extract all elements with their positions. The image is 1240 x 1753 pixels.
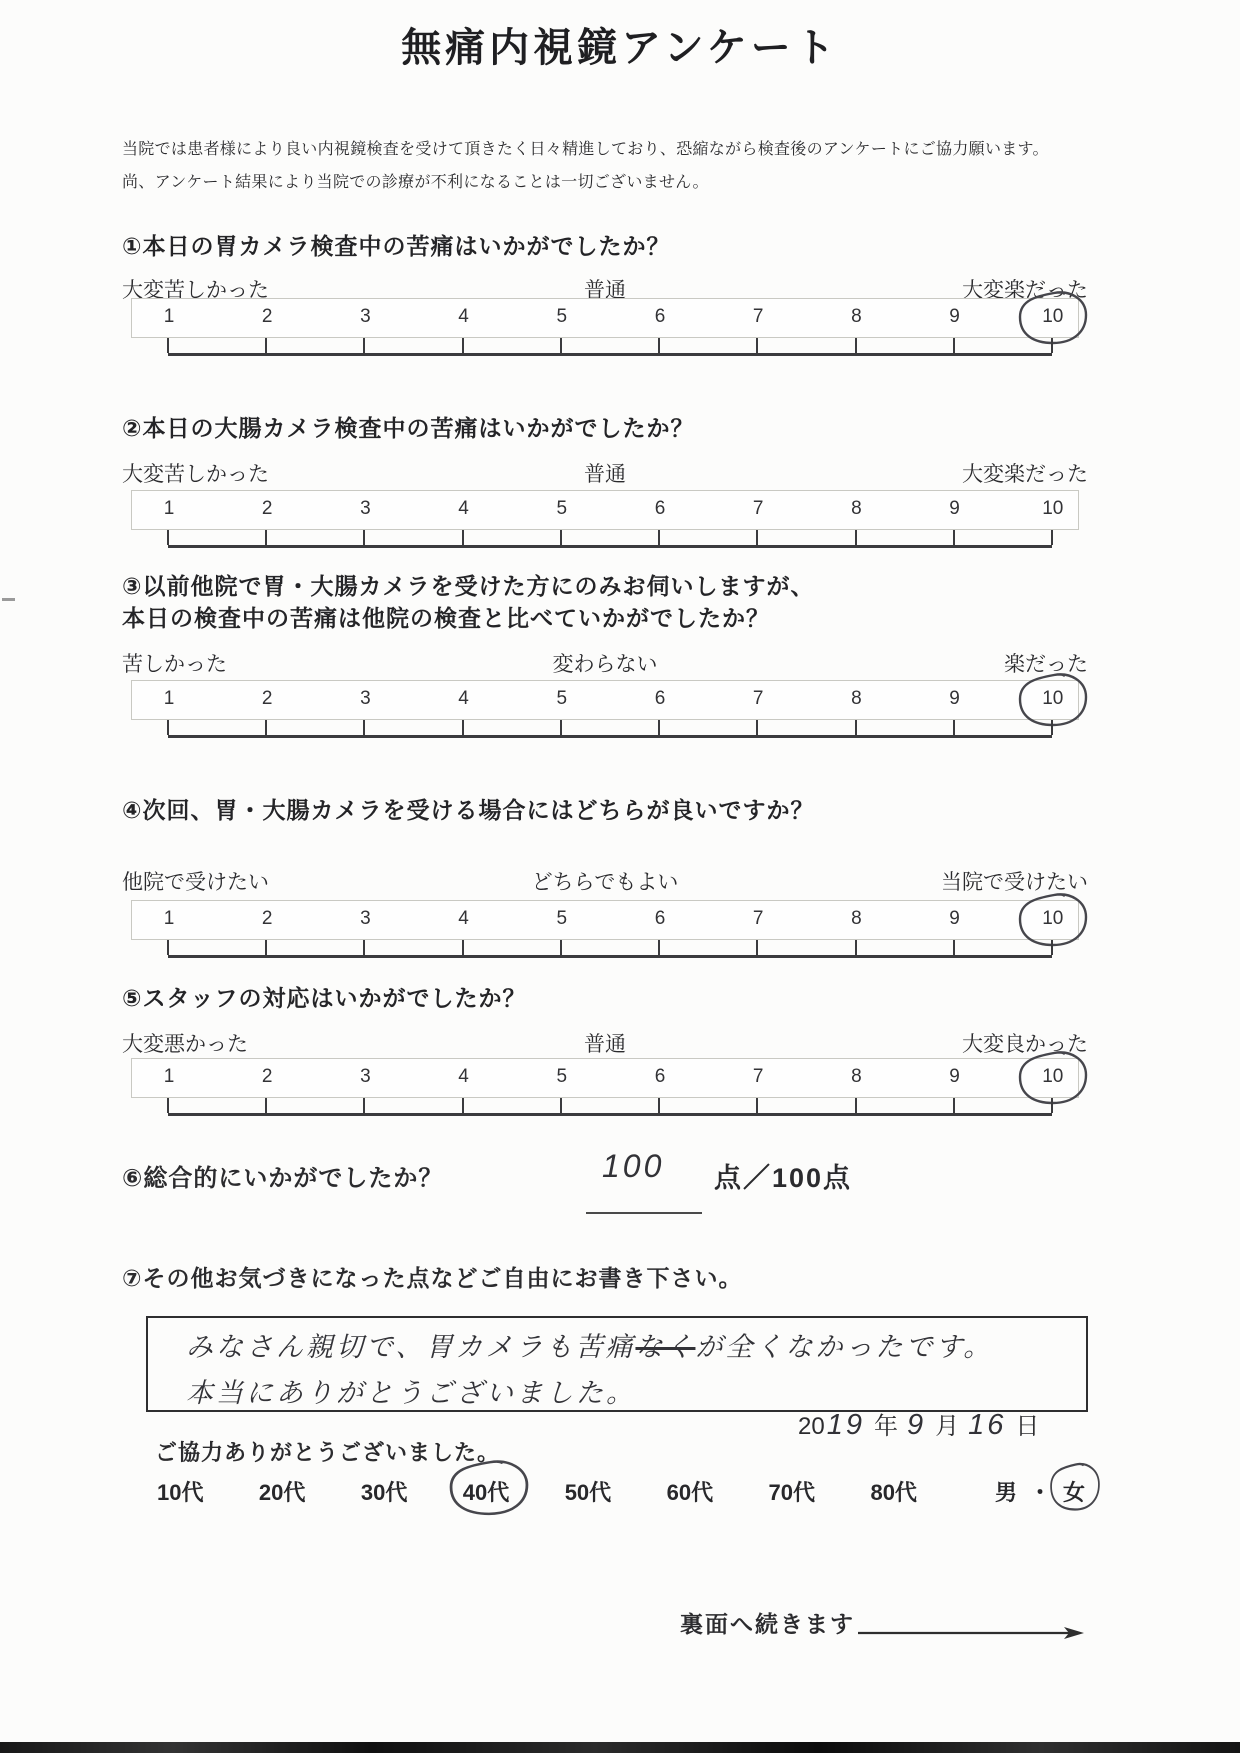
ruler-tick xyxy=(953,940,955,955)
gender-options: 男 ・ 女 xyxy=(993,1474,1087,1509)
scale-number-5: 5 xyxy=(557,498,568,520)
age-option-10代: 10代 xyxy=(155,1474,205,1509)
question-5: ⑤スタッフの対応はいかがでしたか？ 大変悪かった 普通 大変良かった 12345… xyxy=(0,980,1240,1160)
ruler-tick xyxy=(855,338,857,353)
ruler-tick xyxy=(167,338,169,353)
scale-number-6: 6 xyxy=(655,1066,666,1088)
ruler-tick xyxy=(855,1098,857,1113)
question-2-scale: 12345678910 xyxy=(131,490,1079,530)
scale-number-3: 3 xyxy=(360,1066,371,1088)
scale-label-right: 大変楽だった xyxy=(766,458,1088,488)
scale-number-3: 3 xyxy=(360,688,371,710)
ruler-tick xyxy=(363,940,365,955)
date-year-label: 年 xyxy=(874,1406,898,1441)
scale-number-5: 5 xyxy=(557,688,568,710)
scale-number-6: 6 xyxy=(655,688,666,710)
ruler-tick xyxy=(855,530,857,545)
scale-number-8: 8 xyxy=(851,1066,862,1088)
date-day-label: 日 xyxy=(1015,1406,1039,1441)
scale-number-5: 5 xyxy=(557,908,568,930)
scale-number-6: 6 xyxy=(655,908,666,930)
scale-label-left: 大変苦しかった xyxy=(122,458,444,488)
scale-number-3: 3 xyxy=(360,908,371,930)
intro-line-2: 尚、アンケート結果により当院での診療が不利になることは一切ございません。 xyxy=(122,169,1097,192)
ruler-tick xyxy=(1051,940,1053,955)
question-6: ⑥総合的にいかがでしたか？ 100 点／100点 xyxy=(0,1158,1240,1228)
age-option-label: 80代 xyxy=(870,1480,916,1505)
ruler-tick xyxy=(560,338,562,353)
ruler-tick xyxy=(658,940,660,955)
selected-gender-circle xyxy=(1046,1460,1104,1520)
scale-number-1: 1 xyxy=(164,688,175,710)
ruler-tick xyxy=(167,530,169,545)
scale-number-7: 7 xyxy=(753,498,764,520)
handdrawn-circle xyxy=(1046,1460,1104,1514)
ruler-tick xyxy=(658,338,660,353)
ruler-tick xyxy=(363,1098,365,1113)
ruler-tick xyxy=(953,338,955,353)
question-2-labels: 大変苦しかった 普通 大変楽だった xyxy=(122,458,1088,488)
ruler-tick xyxy=(855,720,857,735)
ruler-tick xyxy=(560,1098,562,1113)
scale-number-8: 8 xyxy=(851,908,862,930)
ruler-tick xyxy=(265,338,267,353)
comment-box: みなさん親切で、胃カメラも苦痛なくが全くなかったです。 本当にありがとうございま… xyxy=(146,1316,1088,1412)
question-2-ruler xyxy=(168,528,1052,548)
survey-date: 2019 年 9 月 16 日 xyxy=(798,1406,1039,1442)
question-1-scale: 12345678910 xyxy=(131,298,1079,338)
ruler-tick xyxy=(462,338,464,353)
question-3-ruler xyxy=(168,718,1052,738)
question-5-scale: 12345678910 xyxy=(131,1058,1079,1098)
ruler-tick xyxy=(560,720,562,735)
ruler-tick xyxy=(658,720,660,735)
scale-number-7: 7 xyxy=(753,688,764,710)
age-option-label: 60代 xyxy=(667,1480,713,1505)
scale-number-4: 4 xyxy=(458,908,469,930)
age-option-label: 70代 xyxy=(769,1480,815,1505)
date-month-handwritten: 9 xyxy=(907,1409,926,1442)
ruler-tick xyxy=(953,530,955,545)
gender-male: 男 xyxy=(993,1474,1019,1509)
scale-number-1: 1 xyxy=(164,1066,175,1088)
ruler-tick xyxy=(1051,530,1053,545)
question-3-heading-line1: ③以前他院で胃・大腸カメラを受けた方にのみお伺いしますが、 xyxy=(122,568,814,601)
ruler-tick xyxy=(953,720,955,735)
ruler-tick xyxy=(363,338,365,353)
scale-number-2: 2 xyxy=(262,306,273,328)
intro-line-1: 当院では患者様により良い内視鏡検査を受けて頂きたく日々精進しており、恐縮ながら検… xyxy=(122,136,1097,159)
scanned-survey-page: 無痛内視鏡アンケート 当院では患者様により良い内視鏡検査を受けて頂きたく日々精進… xyxy=(0,0,1240,1753)
age-gender-row: 10代20代30代40代50代60代70代80代 男 ・ 女 xyxy=(155,1474,1087,1509)
ruler-tick xyxy=(1051,1098,1053,1113)
date-year-handwritten: 19 xyxy=(827,1409,865,1442)
continue-arrow-icon xyxy=(858,1624,1084,1640)
ruler-tick xyxy=(756,530,758,545)
ruler-tick xyxy=(167,1098,169,1113)
age-option-label: 30代 xyxy=(361,1480,407,1505)
ruler-tick xyxy=(265,940,267,955)
scale-label-left: 他院で受けたい xyxy=(122,866,444,896)
scale-number-4: 4 xyxy=(458,498,469,520)
ruler-tick xyxy=(167,940,169,955)
date-day-handwritten: 16 xyxy=(968,1409,1006,1442)
handwritten-comment-line1: みなさん親切で、胃カメラも苦痛なくが全くなかったです。 xyxy=(186,1325,1086,1364)
ruler-tick xyxy=(756,720,758,735)
scale-number-2: 2 xyxy=(262,498,273,520)
age-options: 10代20代30代40代50代60代70代80代 xyxy=(155,1474,919,1509)
scale-number-4: 4 xyxy=(458,306,469,328)
scale-number-5: 5 xyxy=(557,1066,568,1088)
question-5-labels: 大変悪かった 普通 大変良かった xyxy=(122,1028,1088,1058)
scale-number-3: 3 xyxy=(360,498,371,520)
question-4-scale: 12345678910 xyxy=(131,900,1079,940)
scale-number-1: 1 xyxy=(164,908,175,930)
scale-number-4: 4 xyxy=(458,1066,469,1088)
scale-label-center: 普通 xyxy=(444,458,766,488)
score-underline xyxy=(586,1212,702,1214)
question-3: ③以前他院で胃・大腸カメラを受けた方にのみお伺いしますが、 本日の検査中の苦痛は… xyxy=(0,568,1240,748)
score-suffix: 点／100点 xyxy=(714,1156,852,1195)
question-1-heading: ①本日の胃カメラ検査中の苦痛はいかがでしたか？ xyxy=(122,228,670,261)
ruler-tick xyxy=(560,940,562,955)
scale-number-7: 7 xyxy=(753,1066,764,1088)
date-month-label: 月 xyxy=(935,1406,959,1441)
scale-label-center: 変わらない xyxy=(444,648,766,678)
question-4-ruler xyxy=(168,938,1052,958)
question-4-labels: 他院で受けたい どちらでもよい 当院で受けたい xyxy=(122,866,1088,896)
scale-number-2: 2 xyxy=(262,1066,273,1088)
ruler-tick xyxy=(953,1098,955,1113)
selected-age-circle xyxy=(443,1457,535,1525)
scale-number-7: 7 xyxy=(753,908,764,930)
ruler-tick xyxy=(462,940,464,955)
scale-number-8: 8 xyxy=(851,688,862,710)
scale-number-5: 5 xyxy=(557,306,568,328)
ruler-tick xyxy=(462,530,464,545)
ruler-tick xyxy=(756,940,758,955)
age-option-20代: 20代 xyxy=(257,1474,307,1509)
scale-label-left: 苦しかった xyxy=(122,648,444,678)
age-option-80代: 80代 xyxy=(868,1474,918,1509)
comment-text: が全くなかったです。 xyxy=(695,1332,993,1362)
ruler-tick xyxy=(1051,338,1053,353)
ruler-tick xyxy=(658,1098,660,1113)
scale-number-8: 8 xyxy=(851,498,862,520)
ruler-tick xyxy=(756,1098,758,1113)
ruler-tick xyxy=(363,530,365,545)
ruler-tick xyxy=(756,338,758,353)
scale-number-4: 4 xyxy=(458,688,469,710)
age-option-label: 20代 xyxy=(259,1480,305,1505)
ruler-tick xyxy=(265,530,267,545)
question-2: ②本日の大腸カメラ検査中の苦痛はいかがでしたか？ 大変苦しかった 普通 大変楽だ… xyxy=(0,410,1240,590)
question-3-labels: 苦しかった 変わらない 楽だった xyxy=(122,648,1088,678)
question-1-ruler xyxy=(168,336,1052,356)
scale-number-9: 9 xyxy=(949,688,960,710)
question-3-scale: 12345678910 xyxy=(131,680,1079,720)
scale-number-6: 6 xyxy=(655,498,666,520)
scale-label-left: 大変悪かった xyxy=(122,1028,444,1058)
scale-number-9: 9 xyxy=(949,1066,960,1088)
date-year-segment: 2019 xyxy=(798,1409,865,1442)
scale-label-center: どちらでもよい xyxy=(444,866,766,896)
age-option-50代: 50代 xyxy=(563,1474,613,1509)
question-6-heading: ⑥総合的にいかがでしたか？ xyxy=(122,1158,443,1193)
question-4-heading: ④次回、胃・大腸カメラを受ける場合にはどちらが良いですか？ xyxy=(122,792,814,825)
age-option-60代: 60代 xyxy=(665,1474,715,1509)
question-5-heading: ⑤スタッフの対応はいかがでしたか？ xyxy=(122,980,526,1013)
scale-label-center: 普通 xyxy=(444,1028,766,1058)
ruler-tick xyxy=(265,1098,267,1113)
age-option-40代: 40代 xyxy=(461,1474,511,1509)
age-option-label: 50代 xyxy=(565,1480,611,1505)
ruler-tick xyxy=(1051,720,1053,735)
scale-number-2: 2 xyxy=(262,688,273,710)
scale-number-9: 9 xyxy=(949,498,960,520)
comment-text: みなさん親切で、胃カメラも苦痛 xyxy=(186,1332,635,1362)
ruler-tick xyxy=(560,530,562,545)
ruler-tick xyxy=(462,720,464,735)
scale-number-10: 10 xyxy=(1042,498,1063,520)
scale-number-7: 7 xyxy=(753,306,764,328)
ruler-tick xyxy=(658,530,660,545)
handdrawn-circle xyxy=(443,1457,535,1519)
question-5-ruler xyxy=(168,1096,1052,1116)
ruler-tick xyxy=(462,1098,464,1113)
scale-number-1: 1 xyxy=(164,306,175,328)
date-century-printed: 20 xyxy=(798,1413,825,1441)
scan-edge-band xyxy=(0,1742,1240,1753)
age-option-30代: 30代 xyxy=(359,1474,409,1509)
gender-female: 女 xyxy=(1061,1474,1087,1509)
ruler-tick xyxy=(855,940,857,955)
back-note-text: 裏面へ続きます xyxy=(680,1606,855,1639)
scale-number-3: 3 xyxy=(360,306,371,328)
age-option-70代: 70代 xyxy=(767,1474,817,1509)
ruler-tick xyxy=(167,720,169,735)
scale-number-1: 1 xyxy=(164,498,175,520)
handwritten-score: 100 xyxy=(602,1148,664,1185)
scale-number-9: 9 xyxy=(949,306,960,328)
handwritten-comment-line2: 本当にありがとうございました。 xyxy=(186,1371,1086,1410)
scan-artifact-dash xyxy=(2,598,15,601)
scale-number-9: 9 xyxy=(949,908,960,930)
scale-number-8: 8 xyxy=(851,306,862,328)
question-2-heading: ②本日の大腸カメラ検査中の苦痛はいかがでしたか？ xyxy=(122,410,694,443)
struck-out-word: なく xyxy=(635,1332,695,1362)
question-3-heading-line2: 本日の検査中の苦痛は他院の検査と比べていかがでしたか？ xyxy=(122,600,770,633)
ruler-tick xyxy=(265,720,267,735)
question-7-heading: ⑦その他お気づきになった点などご自由にお書き下さい。 xyxy=(122,1260,742,1293)
question-1: ①本日の胃カメラ検査中の苦痛はいかがでしたか？ 大変苦しかった 普通 大変楽だっ… xyxy=(0,228,1240,408)
scale-number-2: 2 xyxy=(262,908,273,930)
scale-number-6: 6 xyxy=(655,306,666,328)
ruler-tick xyxy=(363,720,365,735)
age-option-label: 10代 xyxy=(157,1480,203,1505)
page-title: 無痛内視鏡アンケート xyxy=(0,16,1240,73)
question-4: ④次回、胃・大腸カメラを受ける場合にはどちらが良いですか？ 他院で受けたい どち… xyxy=(0,792,1240,972)
